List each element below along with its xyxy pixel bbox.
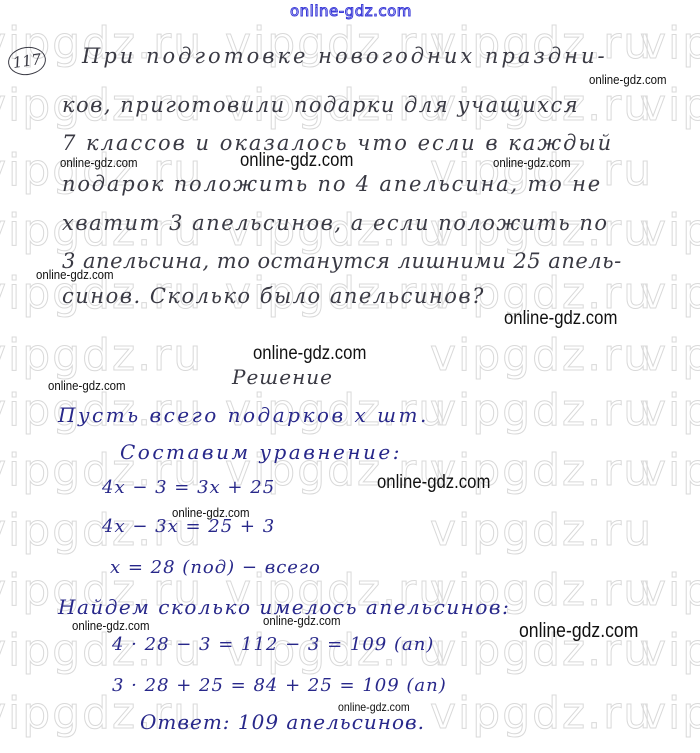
watermark-online-gdz: online-gdz.com <box>240 150 353 172</box>
watermark-vipgdz: vipgdz.ru <box>640 688 700 739</box>
watermark-online-gdz: online-gdz.com <box>377 472 490 494</box>
task-line: хватит 3 апельсинов, а если положить по <box>62 211 608 235</box>
watermark-vipgdz: vipgdz.ru <box>640 80 700 131</box>
header-watermark: online-gdz.com <box>290 2 412 20</box>
watermark-online-gdz: online-gdz.com <box>493 155 571 170</box>
watermark-vipgdz: vipgdz.ru <box>640 330 700 381</box>
task-line: ков, приготовили подарки для учащихся <box>62 93 579 117</box>
task-line: синов. Сколько было апельсинов? <box>62 284 485 308</box>
solution-line: Пусть всего подарков x шт. <box>58 403 429 427</box>
watermark-online-gdz: online-gdz.com <box>48 378 126 393</box>
equation-line: x = 28 (под) − всего <box>110 557 321 578</box>
watermark-online-gdz: online-gdz.com <box>263 613 341 628</box>
watermark-vipgdz: vipgdz.ru <box>640 205 700 256</box>
watermark-vipgdz: vipgdz.ru <box>430 688 653 739</box>
watermark-online-gdz: online-gdz.com <box>253 343 366 365</box>
watermark-online-gdz: online-gdz.com <box>36 267 114 282</box>
watermark-vipgdz: vipgdz.ru <box>640 565 700 616</box>
watermark-online-gdz: online-gdz.com <box>504 308 617 330</box>
watermark-vipgdz: vipgdz.ru <box>640 268 700 319</box>
task-line: 3 апельсина, то останутся лишними 25 апе… <box>62 249 622 273</box>
watermark-vipgdz: vipgdz.ru <box>430 330 653 381</box>
watermark-vipgdz: vipgdz.ru <box>640 625 700 676</box>
calculation-line: 4 · 28 − 3 = 112 − 3 = 109 (ап) <box>112 634 434 655</box>
homework-page: vipgdz.ru vipgdz.ru vipgdz.ru vipgdz.ru … <box>0 0 700 753</box>
watermark-vipgdz: vipgdz.ru <box>0 330 203 381</box>
watermark-online-gdz: online-gdz.com <box>60 155 138 170</box>
solution-heading: Решение <box>232 365 333 389</box>
watermark-vipgdz: vipgdz.ru <box>640 445 700 496</box>
watermark-vipgdz: vipgdz.ru <box>430 505 653 556</box>
task-line: При подготовке новогодних праздни- <box>82 44 608 68</box>
equation-line: 4x − 3 = 3x + 25 <box>102 477 275 498</box>
watermark-vipgdz: vipgdz.ru <box>640 18 700 69</box>
watermark-online-gdz: online-gdz.com <box>72 618 150 633</box>
watermark-online-gdz: online-gdz.com <box>589 72 667 87</box>
calculation-line: 3 · 28 + 25 = 84 + 25 = 109 (ап) <box>112 675 447 696</box>
task-line: подарок положить по 4 апельсина, то не <box>62 172 602 196</box>
task-number: 117 <box>12 50 43 72</box>
solution-line: Составим уравнение: <box>120 440 402 464</box>
watermark-online-gdz: online-gdz.com <box>519 620 638 643</box>
watermark-online-gdz: online-gdz.com <box>338 700 410 714</box>
watermark-online-gdz: online-gdz.com <box>172 505 250 520</box>
watermark-vipgdz: vipgdz.ru <box>640 385 700 436</box>
watermark-vipgdz: vipgdz.ru <box>430 385 653 436</box>
